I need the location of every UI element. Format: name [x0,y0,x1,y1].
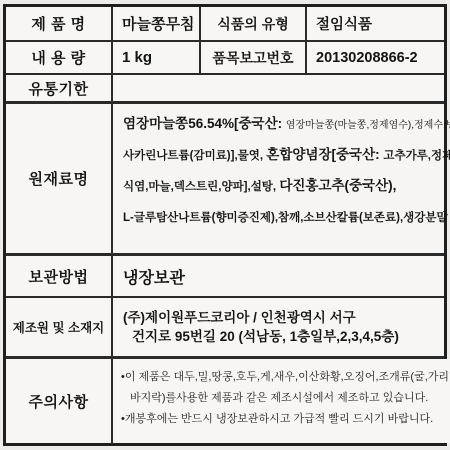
net-weight-value: 1 kg [113,42,201,73]
ingredients-line: 사카린나트륨(감미료)],물엿, 혼합양념장[중국산: 고추가루,정제수, [123,140,450,171]
ingredients-label-text: 원재료명 [29,168,89,189]
row-ingredients: 원재료명 염장마늘쫑56.54%[중국산: 염장마늘쫑(마늘쫑,정제염수),정제… [6,104,444,256]
caution-label-text: 주의사항 [29,391,89,412]
manufacturer-address: (주)제이원푸드코리아 / 인천광역시 서구 건지로 95번길 20 (석남동,… [113,298,444,356]
row-net-weight: 내 용 량 1 kg 품목보고번호 20130208866-2 [6,42,444,75]
row-expiry: 유통기한 [6,75,444,104]
net-weight-label: 내 용 량 [6,42,113,73]
ingredients-line: 염장마늘쫑56.54%[중국산: 염장마늘쫑(마늘쫑,정제염수),정제수,빙초산… [123,109,450,140]
manufacturer-address-line1: (주)제이원푸드코리아 / 인천광역시 서구 [123,308,444,327]
product-name-label: 제 품 명 [6,7,113,40]
expiry-label: 유통기한 [6,75,113,101]
ingredients-line: 식염,마늘,덱스트린,양파],설탕, 다진홍고추(중국산), [123,171,450,202]
food-type-value: 절임식품 [307,7,444,40]
caution-line: •이 제품은 대두,밀,땅콩,호두,게,새우,이산화황,오징어,조개류(굴,가리… [121,367,450,388]
caution-list: •이 제품은 대두,밀,땅콩,호두,게,새우,이산화황,오징어,조개류(굴,가리… [113,359,450,443]
manufacturer-address-line2: 건지로 95번길 20 (석남동, 1층일부,2,3,4,5층) [132,327,444,346]
row-product-name: 제 품 명 마늘쫑무침 식품의 유형 절임식품 [6,7,444,42]
food-type-label-text: 식품의 유형 [217,14,289,34]
report-number-label-text: 품목보고번호 [212,48,293,68]
storage-label-text: 보관방법 [29,266,89,287]
ingredients-line: L-글루탐산나트륨(향미증진제),참깨,소브산칼륨(보존료),생강분말 [123,202,450,233]
row-manufacturer: 제조원 및 소재지 (주)제이원푸드코리아 / 인천광역시 서구 건지로 95번… [6,298,444,359]
row-caution: 주의사항 •이 제품은 대두,밀,땅콩,호두,게,새우,이산화황,오징어,조개류… [6,359,444,443]
ingredients-label: 원재료명 [6,104,113,253]
row-storage: 보관방법 냉장보관 [6,256,444,298]
storage-value: 냉장보관 [113,256,444,296]
expiry-label-text: 유통기한 [29,78,89,99]
expiry-value [113,75,444,101]
report-number-value: 20130208866-2 [307,42,444,73]
caution-line: 바지락)를사용한 제품과 같은 제조시설에서 제조하고 있습니다. [121,388,450,409]
report-number-value-text: 20130208866-2 [316,50,418,66]
manufacturer-label: 제조원 및 소재지 [6,298,113,356]
product-name-value: 마늘쫑무침 [113,7,201,40]
food-type-value-text: 절임식품 [316,13,372,34]
caution-line: •개봉후에는 반드시 냉장보관하시고 가급적 빨리 드시기 바랍니다. [121,409,450,430]
storage-label: 보관방법 [6,256,113,296]
net-weight-label-text: 내 용 량 [31,47,85,68]
ingredients-text: 염장마늘쫑56.54%[중국산: 염장마늘쫑(마늘쫑,정제염수),정제수,빙초산… [113,104,450,253]
food-type-label: 식품의 유형 [201,7,307,40]
caution-label: 주의사항 [6,359,113,443]
product-name-label-text: 제 품 명 [31,13,85,34]
storage-value-text: 냉장보관 [123,265,185,288]
net-weight-value-text: 1 kg [122,49,152,66]
report-number-label: 품목보고번호 [201,42,307,73]
product-name-value-text: 마늘쫑무침 [122,13,194,34]
food-label-table: 제 품 명 마늘쫑무침 식품의 유형 절임식품 내 용 량 1 kg 품목보고번… [3,4,447,446]
manufacturer-label-text: 제조원 및 소재지 [13,318,104,336]
